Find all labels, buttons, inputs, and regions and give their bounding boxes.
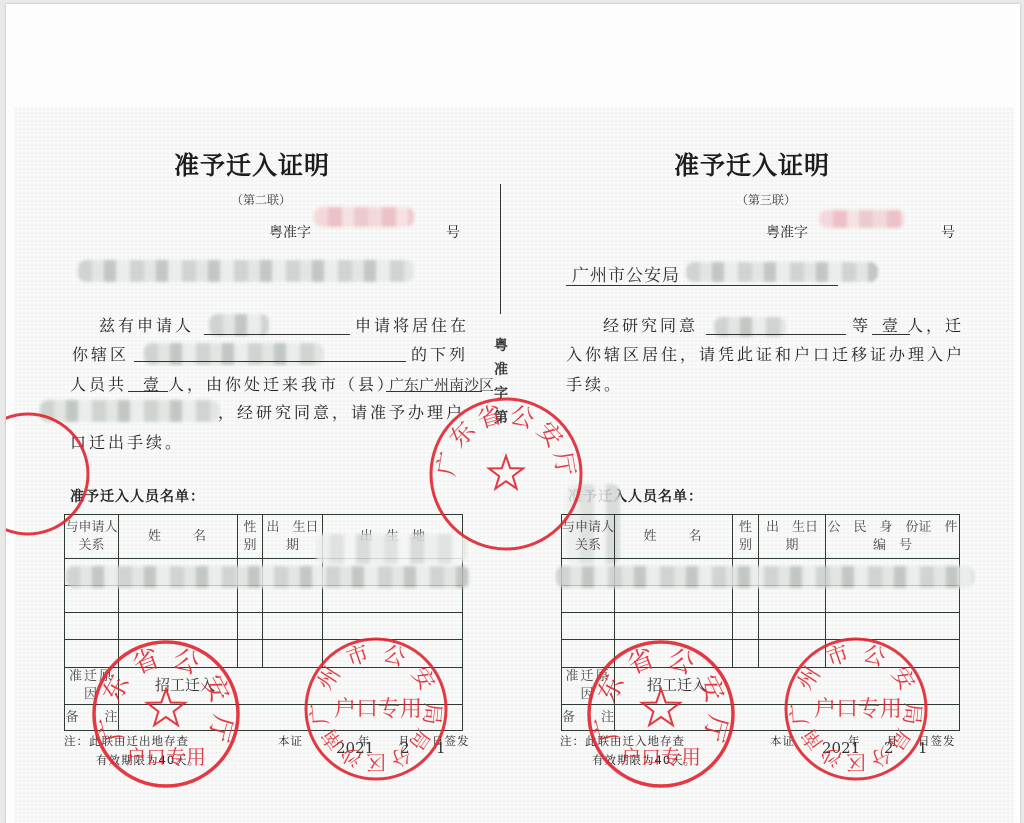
left-list-title: 准予迁入人员名单：: [70, 486, 205, 506]
right-number-suffix: 号: [941, 222, 955, 242]
right-addressee-redacted: [686, 262, 878, 282]
left-issue-year-label: 年: [358, 733, 371, 749]
left-para-line2-a: 你辖区: [72, 342, 129, 365]
left-para-line1-a: 兹有申请人: [99, 313, 194, 336]
right-title: 准予迁入证明: [674, 146, 830, 182]
reason-value: 招工迁入: [647, 676, 707, 694]
right-issue-year-label: 年: [848, 733, 861, 749]
header-name: 姓 名: [119, 515, 238, 559]
reason-row: 准迁原因 招工迁入: [562, 668, 960, 705]
right-addressee-handwritten: 广州市公安局: [572, 261, 680, 286]
left-issue-prefix: 本证: [278, 733, 303, 749]
right-issue-prefix: 本证: [770, 733, 795, 749]
perforation-line: [500, 184, 501, 314]
reason-label: 准迁原因: [562, 668, 615, 705]
right-copy-label: （第三联）: [736, 191, 796, 208]
right-para-line2: 入你辖区居住，请凭此证和户口迁移证办理入户: [566, 342, 965, 365]
left-header-redacted: [316, 534, 466, 564]
left-title: 准予迁入证明: [174, 146, 330, 182]
table-row: [562, 586, 960, 613]
left-note-line1: 注：此联由迁出地存查: [64, 733, 189, 749]
right-para-line1-c: 人，迁: [907, 313, 964, 336]
left-issue-month-label: 月: [398, 733, 411, 749]
left-number-prefix: 粤准字: [269, 222, 311, 242]
right-note-line1: 注：此联由迁入地存查: [560, 733, 685, 749]
right-note-line2: 有效期限为40天。: [592, 752, 696, 768]
table-row: [65, 613, 463, 640]
table-header-row: 与申请人关系 姓 名 性别 出 生日 期 公 民 身 份证 件 编 号: [562, 515, 960, 559]
right-para-line1-a: 经研究同意: [603, 313, 698, 336]
remark-row: 备 注: [562, 705, 960, 731]
reason-value: 招工迁入: [155, 676, 215, 694]
left-para-line5: 口迁出手续。: [70, 430, 184, 453]
header-birthdate: 出 生日 期: [759, 515, 826, 559]
table-row: [562, 613, 960, 640]
remark-row: 备 注: [65, 705, 463, 731]
left-para-line3-a: 人员共: [70, 372, 127, 395]
right-para-line3: 手续。: [566, 372, 623, 395]
right-count: 壹: [882, 313, 901, 336]
perforation-mark: 粤 准 字 第: [492, 334, 510, 430]
header-gender: 性别: [238, 515, 263, 559]
reason-label: 准迁原因: [65, 668, 119, 705]
table-row: [65, 640, 463, 668]
header-name: 姓 名: [615, 515, 733, 559]
header-relation: 与申请人关系: [562, 515, 615, 559]
remark-value: [615, 705, 960, 731]
header-birthdate: 出 生日 期: [263, 515, 323, 559]
document-page: 准予迁入证明 （第二联） 粤准字 号 兹有申请人 申请将居住在 你辖区 的下列 …: [6, 4, 1020, 823]
header-relation: 与申请人关系: [65, 515, 119, 559]
header-gender: 性别: [733, 515, 759, 559]
left-number-redacted: [314, 207, 414, 227]
left-applicant-redacted: [209, 314, 269, 336]
remark-label: 备 注: [65, 705, 119, 731]
right-para-line1-b: 等: [852, 313, 871, 336]
remark-value: [119, 705, 463, 731]
left-para-line1-b: 申请将居住在: [355, 313, 469, 336]
left-para-line2-b: 的下列: [411, 342, 468, 365]
left-para-line4: ，经研究同意，请准予办理户: [218, 400, 465, 423]
remark-label: 备 注: [562, 705, 615, 731]
table-row: [65, 586, 463, 613]
table-row: [562, 640, 960, 668]
left-copy-label: （第二联）: [231, 191, 291, 208]
left-row-redacted: [66, 566, 470, 588]
left-para-line3-b: 人，由你处迁来我市（县）: [168, 372, 396, 395]
right-issue-day-label: 日签发: [918, 733, 956, 749]
right-people-table: 与申请人关系 姓 名 性别 出 生日 期 公 民 身 份证 件 编 号 准迁原因…: [561, 514, 960, 731]
left-issue-day-label: 日签发: [432, 733, 470, 749]
left-addressee-redacted: [78, 260, 414, 282]
right-row-redacted: [556, 566, 974, 588]
right-issue-month-label: 月: [886, 733, 899, 749]
reason-row: 准迁原因 招工迁入: [65, 668, 463, 705]
right-number-redacted: [819, 210, 905, 228]
left-origin-detail-redacted: [40, 400, 220, 422]
header-id-number: 公 民 身 份证 件 编 号: [826, 515, 960, 559]
left-note-line2: 有效期限为40天。: [96, 752, 200, 768]
left-number-suffix: 号: [446, 222, 460, 242]
right-number-prefix: 粤准字: [766, 222, 808, 242]
